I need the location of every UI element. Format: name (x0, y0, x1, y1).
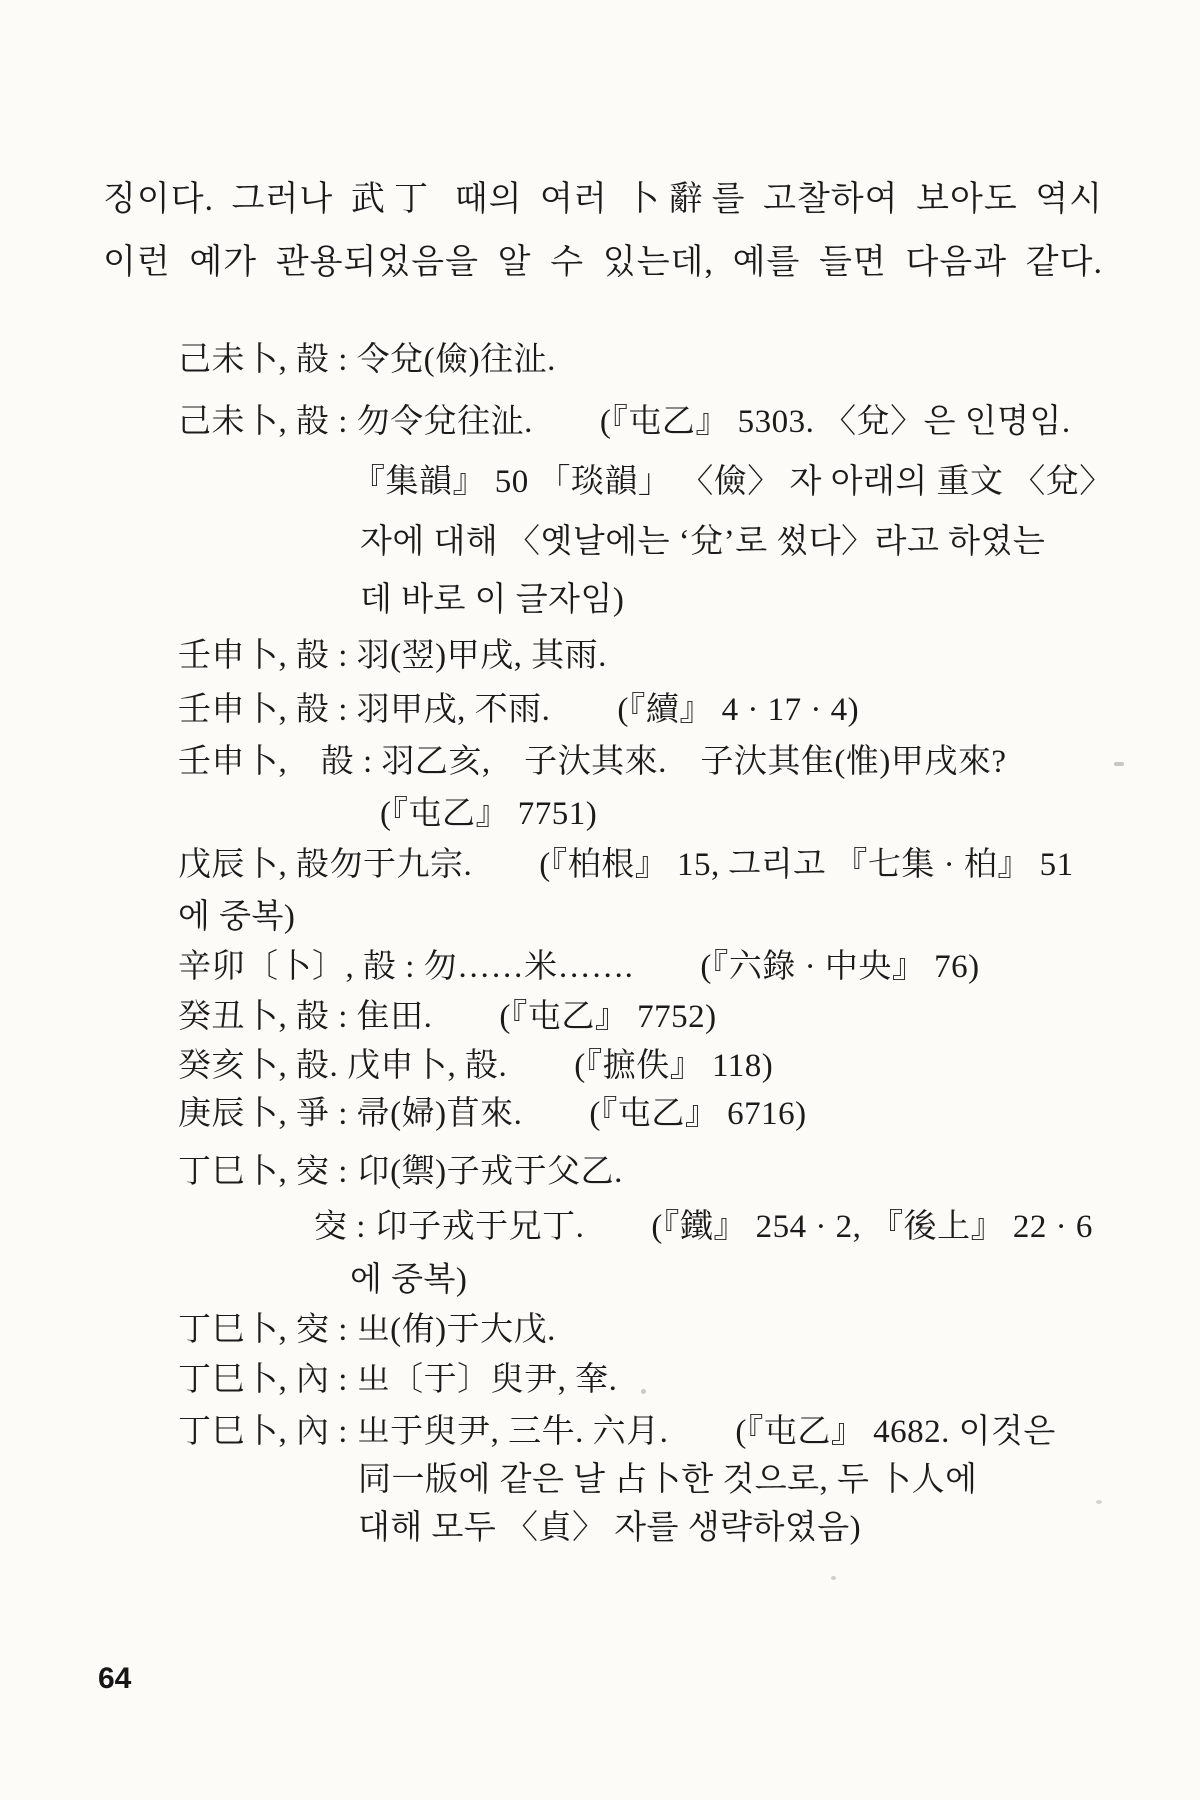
intro-paragraph: 징이다. 그러나 武丁 때의 여러 卜辭를 고찰하여 보아도 역시 이런 예가 … (103, 168, 1103, 294)
oracle-line-10: 戊辰卜, 㱿勿于九宗. (『柏根』 15, 그리고 『七集 · 柏』 51 (178, 843, 1074, 887)
oracle-line-22: 同一版에 같은 날 占卜한 것으로, 두 卜人에 (358, 1458, 978, 1502)
book-page: 징이다. 그러나 武丁 때의 여러 卜辭를 고찰하여 보아도 역시 이런 예가 … (0, 0, 1200, 1800)
oracle-line-1: 己未卜, 㱿 : 令兌(儉)往沚. (178, 338, 556, 382)
paragraph-line-1: 징이다. 그러나 武丁 때의 여러 卜辭를 고찰하여 보아도 역시 (103, 168, 1103, 231)
oracle-line-19: 丁巳卜, 㝔 : 㞢(侑)于大戊. (178, 1308, 556, 1352)
oracle-line-18: 에 중복) (350, 1258, 467, 1302)
oracle-line-13: 癸丑卜, 㱿 : 隹田. (『屯乙』 7752) (178, 995, 717, 1039)
scan-speck (1096, 1500, 1102, 1504)
paragraph-line-2: 이런 예가 관용되었음을 알 수 있는데, 예를 들면 다음과 같다. (103, 231, 1103, 294)
scan-speck (831, 1576, 836, 1580)
oracle-line-14: 癸亥卜, 㱿. 戊申卜, 㱿. (『摭佚』 118) (178, 1044, 773, 1088)
oracle-line-3: 『集韻』 50 「琰韻」 〈儉〉 자 아래의 重文 〈兌〉 (352, 460, 1113, 504)
scan-speck (641, 1389, 646, 1394)
oracle-line-6: 壬申卜, 㱿 : 羽(翌)甲戌, 其雨. (178, 634, 607, 678)
oracle-line-11: 에 중복) (178, 895, 295, 939)
oracle-line-5: 데 바로 이 글자임) (360, 578, 624, 622)
oracle-line-7: 壬申卜, 㱿 : 羽甲戌, 不雨. (『續』 4 · 17 · 4) (178, 688, 859, 732)
oracle-line-2: 己未卜, 㱿 : 勿令兌往沚. (『屯乙』 5303. 〈兌〉은 인명임. (178, 400, 1071, 444)
oracle-line-4: 자에 대해 〈옛날에는 ‘兌’로 썼다〉라고 하였는 (360, 520, 1045, 564)
oracle-line-8: 壬申卜, 㱿 : 羽乙亥, 子汏其來. 子汏其隹(惟)甲戌來? (178, 740, 1007, 784)
scan-speck (1114, 762, 1124, 766)
oracle-line-12: 辛卯〔卜〕, 㱿 : 勿……米……. (『六錄 · 中央』 76) (178, 945, 980, 989)
oracle-line-17: 㝔 : 卬子戎于兄丁. (『鐵』 254 · 2, 『後上』 22 · 6 (314, 1205, 1093, 1249)
oracle-line-9: (『屯乙』 7751) (380, 792, 597, 836)
page-number: 64 (98, 1662, 131, 1696)
oracle-line-20: 丁巳卜, 內 : 㞢〔于〕臾尹, 羍. (178, 1358, 617, 1402)
oracle-line-15: 庚辰卜, 爭 : 帚(婦)苜來. (『屯乙』 6716) (178, 1092, 807, 1136)
oracle-line-21: 丁巳卜, 內 : 㞢于臾尹, 三牛. 六月. (『屯乙』 4682. 이것은 (178, 1410, 1056, 1454)
oracle-line-23: 대해 모두 〈貞〉 자를 생략하였음) (358, 1506, 861, 1550)
oracle-line-16: 丁巳卜, 㝔 : 卬(禦)子戎于父乙. (178, 1150, 623, 1194)
